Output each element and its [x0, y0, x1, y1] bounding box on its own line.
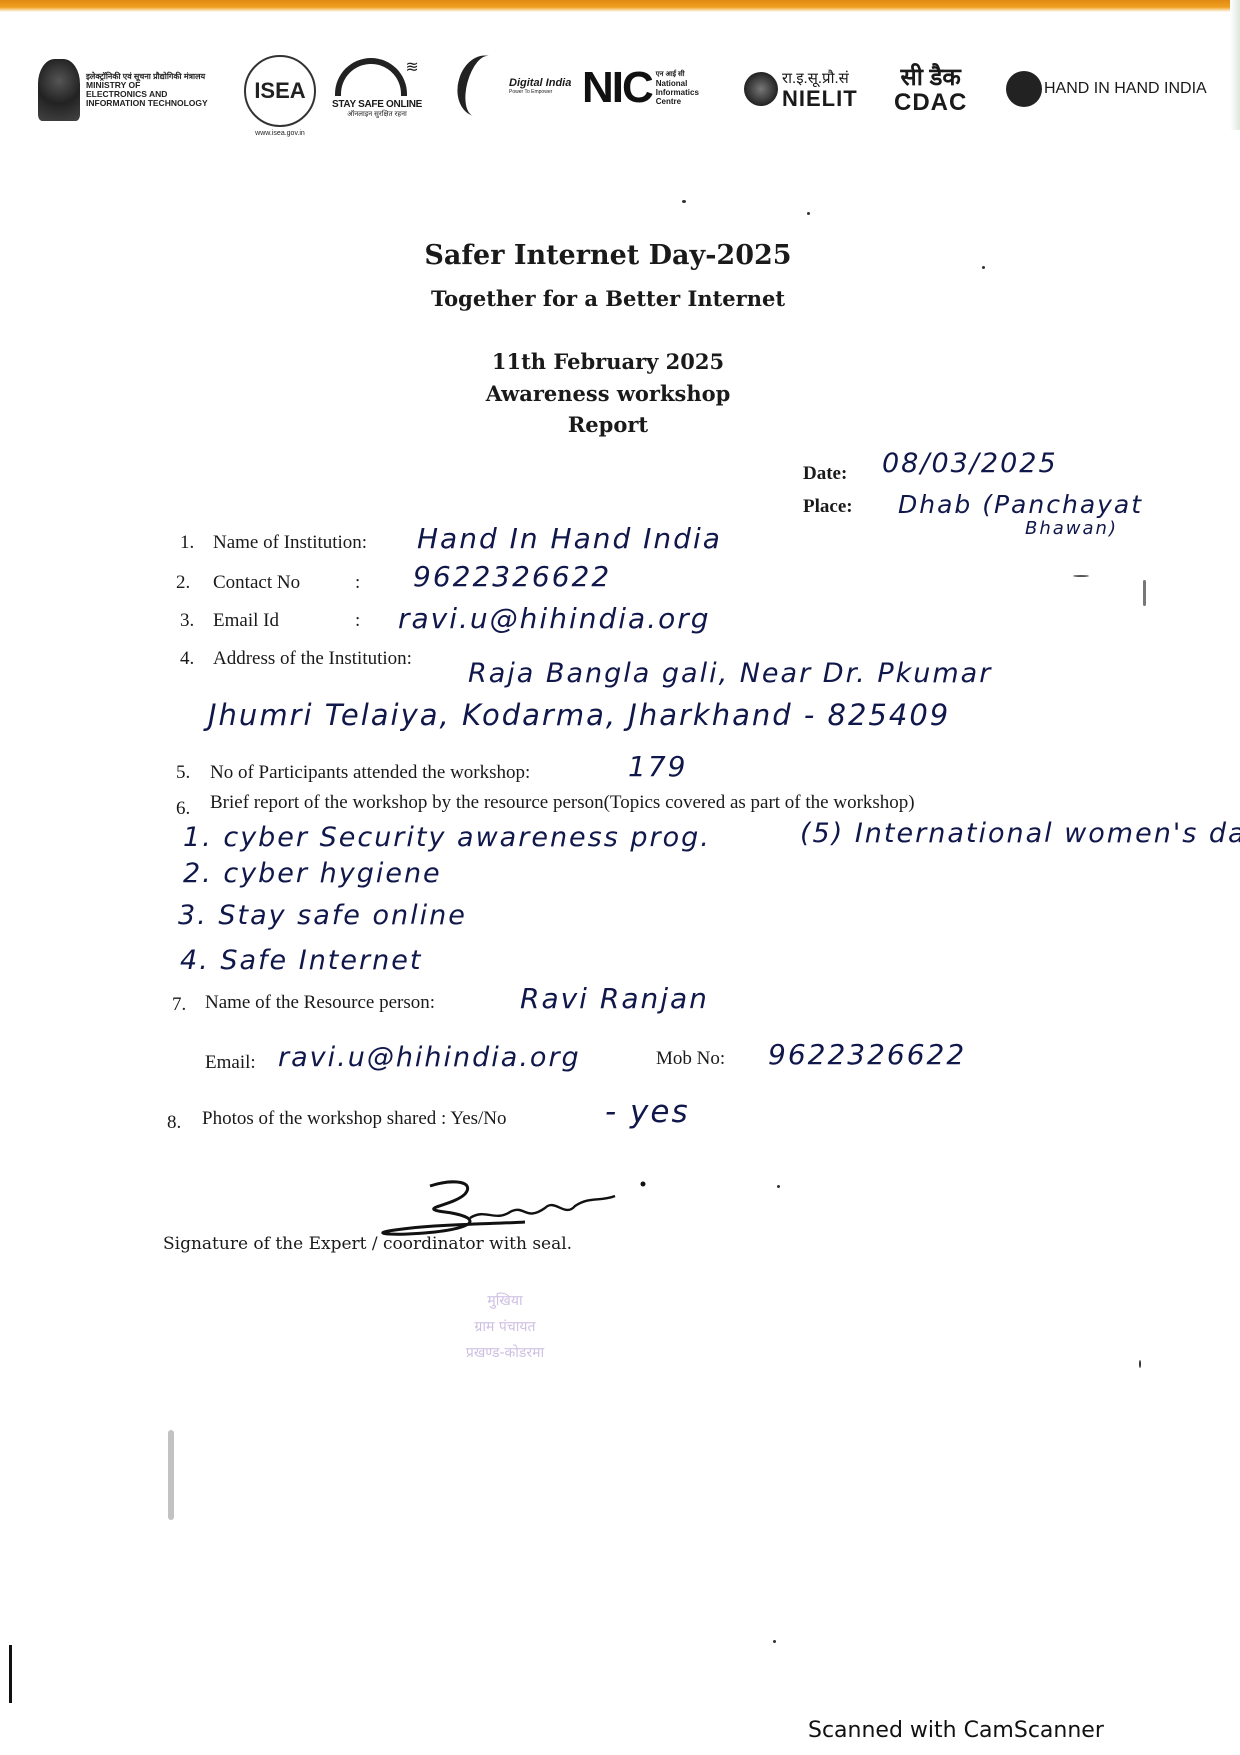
field-7-number: 7. — [172, 994, 186, 1016]
topic-3: 3. Stay safe online — [178, 900, 467, 931]
cdac-logo: सी डैक CDAC — [894, 65, 967, 115]
date-label: Date: — [803, 463, 847, 485]
resource-person-value: Ravi Ranjan — [520, 982, 709, 1015]
nic-line3: Centre — [656, 97, 699, 106]
nic-mark: NIC — [582, 63, 652, 113]
field-2-number: 2. — [176, 572, 190, 594]
email-separator: : — [355, 610, 360, 632]
hand-in-hand-icon — [1006, 71, 1042, 107]
event-date: 11th February 2025 — [0, 349, 1228, 374]
seal-line3: प्रखण्ड-कोडरमा — [390, 1340, 620, 1366]
digital-india-tagline: Power To Empower — [509, 89, 571, 95]
address-label: Address of the Institution: — [213, 648, 412, 670]
mob-label: Mob No: — [656, 1048, 725, 1070]
scan-edge-strip — [0, 0, 1240, 12]
nic-hindi: एन आई सी — [656, 70, 699, 79]
camscanner-watermark: Scanned with CamScanner — [808, 1718, 1104, 1743]
cdac-name: CDAC — [894, 91, 967, 115]
resource-email-value: ravi.u@hihindia.org — [278, 1042, 581, 1073]
document-subtitle: Together for a Better Internet — [0, 286, 1228, 311]
signature-mark — [375, 1178, 655, 1238]
stay-safe-hindi: ऑनलाइन सुरक्षित रहना — [347, 110, 407, 119]
official-seal-stamp: मुखिया ग्राम पंचायत प्रखण्ड-कोडरमा — [390, 1288, 620, 1373]
brief-report-label: Brief report of the workshop by the reso… — [210, 792, 915, 814]
field-6-number: 6. — [176, 798, 190, 820]
nic-logo: NIC एन आई सी National Informatics Centre — [582, 63, 699, 113]
scan-speck — [1143, 580, 1146, 606]
email-label: Email Id — [213, 610, 279, 632]
topic-4: 4. Safe Internet — [180, 945, 422, 976]
nielit-name: NIELIT — [782, 89, 858, 109]
scan-speck — [807, 212, 810, 215]
institution-label: Name of Institution: — [213, 532, 367, 554]
scan-speck — [773, 1640, 776, 1643]
scan-edge-right — [1230, 0, 1240, 130]
digital-india-logo: Digital India Power To Empower — [458, 55, 571, 117]
scan-edge-left — [9, 1645, 12, 1703]
participants-label: No of Participants attended the workshop… — [210, 762, 530, 784]
nielit-globe-icon — [744, 72, 778, 106]
logo-row: इलेक्ट्रॉनिकी एवं सूचना प्रौद्योगिकी मंत… — [38, 55, 1228, 145]
institution-value: Hand In Hand India — [417, 522, 722, 555]
mouse-dome-icon — [335, 58, 407, 96]
participants-value: 179 — [628, 750, 687, 783]
photos-label: Photos of the workshop shared : Yes/No — [202, 1108, 507, 1130]
topic-1: 1. cyber Security awareness prog. — [183, 822, 711, 853]
scan-speck — [682, 200, 686, 203]
wifi-icon: ≋ — [405, 57, 418, 76]
isea-name: ISEA — [254, 78, 305, 104]
field-5-number: 5. — [176, 762, 190, 784]
resource-person-label: Name of the Resource person: — [205, 992, 435, 1014]
mob-value: 9622326622 — [768, 1038, 966, 1071]
contact-label: Contact No — [213, 572, 300, 594]
document-title: Safer Internet Day-2025 — [0, 240, 1228, 271]
nielit-logo: रा.इ.सू.प्रौ.सं NIELIT — [744, 69, 858, 109]
date-value: 08/03/2025 — [882, 448, 1058, 479]
nic-line1: National — [656, 79, 699, 88]
digital-india-mark-icon — [451, 50, 512, 122]
place-value-line2: Bhawan) — [1025, 518, 1118, 539]
meity-line3: INFORMATION TECHNOLOGY — [86, 99, 208, 108]
scan-speck — [1139, 1360, 1141, 1368]
photos-value: - yes — [605, 1094, 690, 1130]
field-1-number: 1. — [180, 532, 194, 554]
stay-safe-text: STAY SAFE ONLINE — [332, 99, 422, 110]
cdac-hindi: सी डैक — [900, 65, 960, 91]
hand-in-hand-text: HAND IN HAND INDIA — [1044, 80, 1207, 98]
signature-label: Signature of the Expert / coordinator wi… — [163, 1234, 572, 1254]
contact-separator: : — [355, 572, 360, 594]
isea-url: www.isea.gov.in — [255, 130, 305, 137]
nic-line2: Informatics — [656, 88, 699, 97]
place-value-line1: Dhab (Panchayat — [898, 490, 1143, 519]
address-line1: Raja Bangla gali, Near Dr. Pkumar — [468, 658, 992, 689]
field-3-number: 3. — [180, 610, 194, 632]
email-value: ravi.u@hihindia.org — [398, 602, 711, 635]
hand-in-hand-logo: HAND IN HAND INDIA — [1006, 71, 1207, 107]
scan-speck — [1073, 575, 1089, 577]
scan-speck — [168, 1430, 174, 1520]
field-4-number: 4. — [180, 648, 194, 670]
seal-line2: ग्राम पंचायत — [390, 1314, 620, 1340]
event-type: Awareness workshop — [0, 381, 1228, 406]
field-8-number: 8. — [167, 1112, 181, 1134]
meity-logo: इलेक्ट्रॉनिकी एवं सूचना प्रौद्योगिकी मंत… — [38, 59, 208, 121]
national-emblem-icon — [38, 59, 80, 121]
document-type: Report — [0, 412, 1228, 437]
seal-line1: मुखिया — [390, 1288, 620, 1314]
topic-2: 2. cyber hygiene — [183, 858, 442, 889]
digital-india-text: Digital India — [509, 77, 571, 89]
topic-5: (5) International women's day — [800, 818, 1240, 849]
stay-safe-online-logo: ≋ STAY SAFE ONLINE ऑनलाइन सुरक्षित रहना — [332, 57, 422, 119]
place-label: Place: — [803, 496, 853, 518]
scan-speck — [982, 266, 985, 269]
address-line2: Jhumri Telaiya, Kodarma, Jharkhand - 825… — [208, 698, 950, 732]
resource-email-label: Email: — [205, 1052, 256, 1074]
isea-logo: ISEA www.isea.gov.in — [244, 55, 316, 127]
scan-speck — [777, 1185, 780, 1188]
contact-value: 9622326622 — [413, 560, 611, 593]
